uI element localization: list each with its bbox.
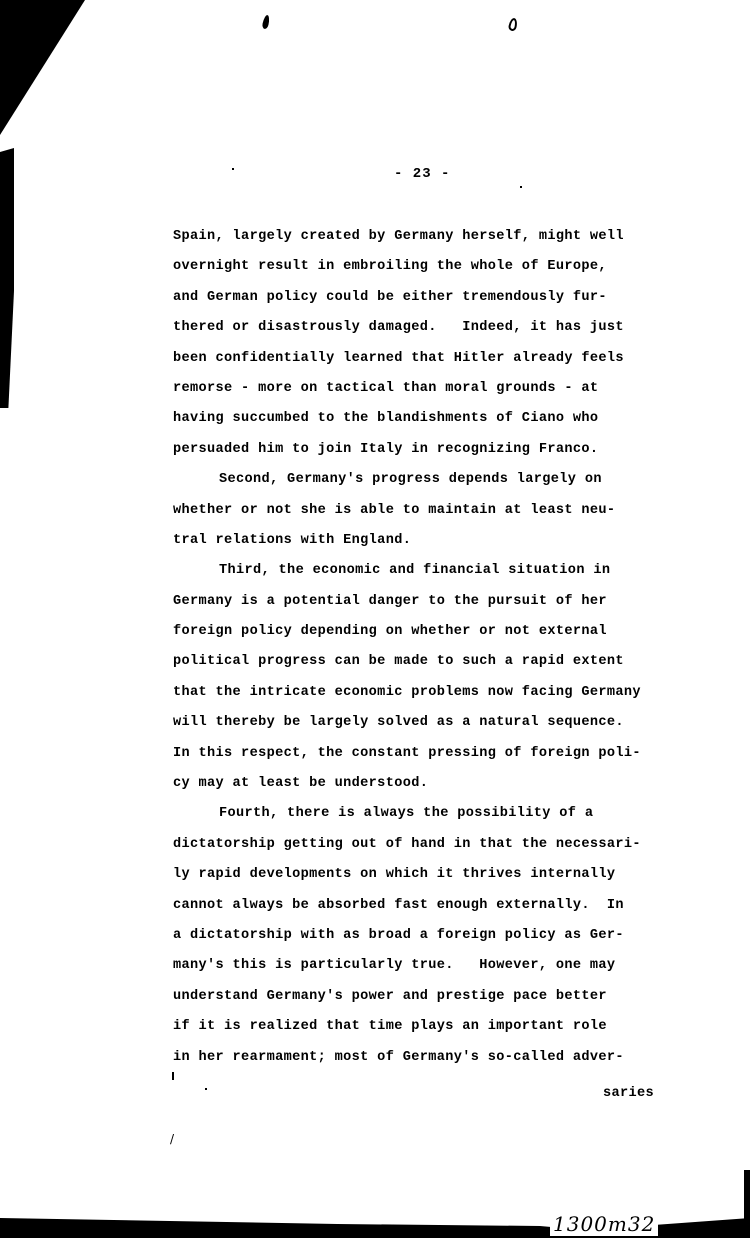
text-line: whether or not she is able to maintain a… — [173, 496, 693, 526]
page-number: - 23 - — [394, 166, 450, 182]
text-line: understand Germany's power and prestige … — [173, 982, 693, 1012]
handwritten-archive-note: 1300m32 — [550, 1212, 658, 1236]
paragraph-start-third: Third, the economic and financial situat… — [173, 556, 693, 586]
paragraph-start-second: Second, Germany's progress depends large… — [173, 465, 693, 495]
paragraph-start-fourth: Fourth, there is always the possibility … — [173, 799, 693, 829]
text-line: having succumbed to the blandishments of… — [173, 404, 693, 434]
text-line: persuaded him to join Italy in recognizi… — [173, 435, 693, 465]
text-line: cannot always be absorbed fast enough ex… — [173, 891, 693, 921]
scan-border-top-left — [0, 0, 85, 135]
text-line: foreign policy depending on whether or n… — [173, 617, 693, 647]
text-line: if it is realized that time plays an imp… — [173, 1012, 693, 1042]
text-line: Germany is a potential danger to the pur… — [173, 587, 693, 617]
punch-hole-mark-left — [262, 15, 271, 30]
text-line: been confidentially learned that Hitler … — [173, 344, 693, 374]
catchword: saries — [603, 1086, 654, 1101]
stray-pen-mark: / — [170, 1132, 174, 1146]
text-line: a dictatorship with as broad a foreign p… — [173, 921, 693, 951]
text-line: many's this is particularly true. Howeve… — [173, 951, 693, 981]
text-line: cy may at least be understood. — [173, 769, 693, 799]
text-line: overnight result in embroiling the whole… — [173, 252, 693, 282]
scan-border-left — [0, 148, 14, 408]
text-line: and German policy could be either tremen… — [173, 283, 693, 313]
text-line: will thereby be largely solved as a natu… — [173, 708, 693, 738]
scan-speck — [232, 168, 234, 170]
scan-speck — [205, 1088, 207, 1090]
punch-hole-mark-right — [508, 17, 519, 31]
document-body: Spain, largely created by Germany hersel… — [173, 222, 693, 1073]
text-line: In this respect, the constant pressing o… — [173, 739, 693, 769]
text-line: dictatorship getting out of hand in that… — [173, 830, 693, 860]
text-line: ly rapid developments on which it thrive… — [173, 860, 693, 890]
scan-border-right — [744, 1170, 750, 1220]
text-line: political progress can be made to such a… — [173, 647, 693, 677]
text-line: that the intricate economic problems now… — [173, 678, 693, 708]
scan-speck — [520, 186, 522, 188]
scan-speck — [172, 1072, 174, 1080]
text-line: Spain, largely created by Germany hersel… — [173, 222, 693, 252]
text-line: in her rearmament; most of Germany's so-… — [173, 1043, 693, 1073]
text-line: tral relations with England. — [173, 526, 693, 556]
text-line: remorse - more on tactical than moral gr… — [173, 374, 693, 404]
text-line: thered or disastrously damaged. Indeed, … — [173, 313, 693, 343]
